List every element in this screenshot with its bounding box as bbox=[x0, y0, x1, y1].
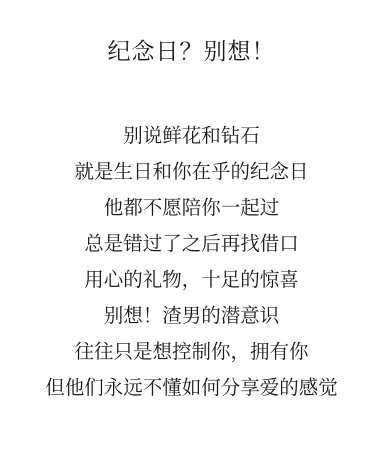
poem-body: 别说鲜花和钻石 就是生日和你在乎的纪念日 他都不愿陪你一起过 总是错过了之后再找… bbox=[0, 118, 383, 406]
poem-line: 但他们永远不懂如何分享爱的感觉 bbox=[0, 370, 383, 406]
poem-line: 就是生日和你在乎的纪念日 bbox=[0, 154, 383, 190]
poem-line: 他都不愿陪你一起过 bbox=[0, 190, 383, 226]
poem-line: 往往只是想控制你，拥有你 bbox=[0, 334, 383, 370]
page-title: 纪念日？别想！ bbox=[0, 38, 383, 66]
poem-line: 别说鲜花和钻石 bbox=[0, 118, 383, 154]
poem-line: 总是错过了之后再找借口 bbox=[0, 226, 383, 262]
poem-line: 用心的礼物，十足的惊喜 bbox=[0, 262, 383, 298]
poem-line: 别想！渣男的潜意识 bbox=[0, 298, 383, 334]
